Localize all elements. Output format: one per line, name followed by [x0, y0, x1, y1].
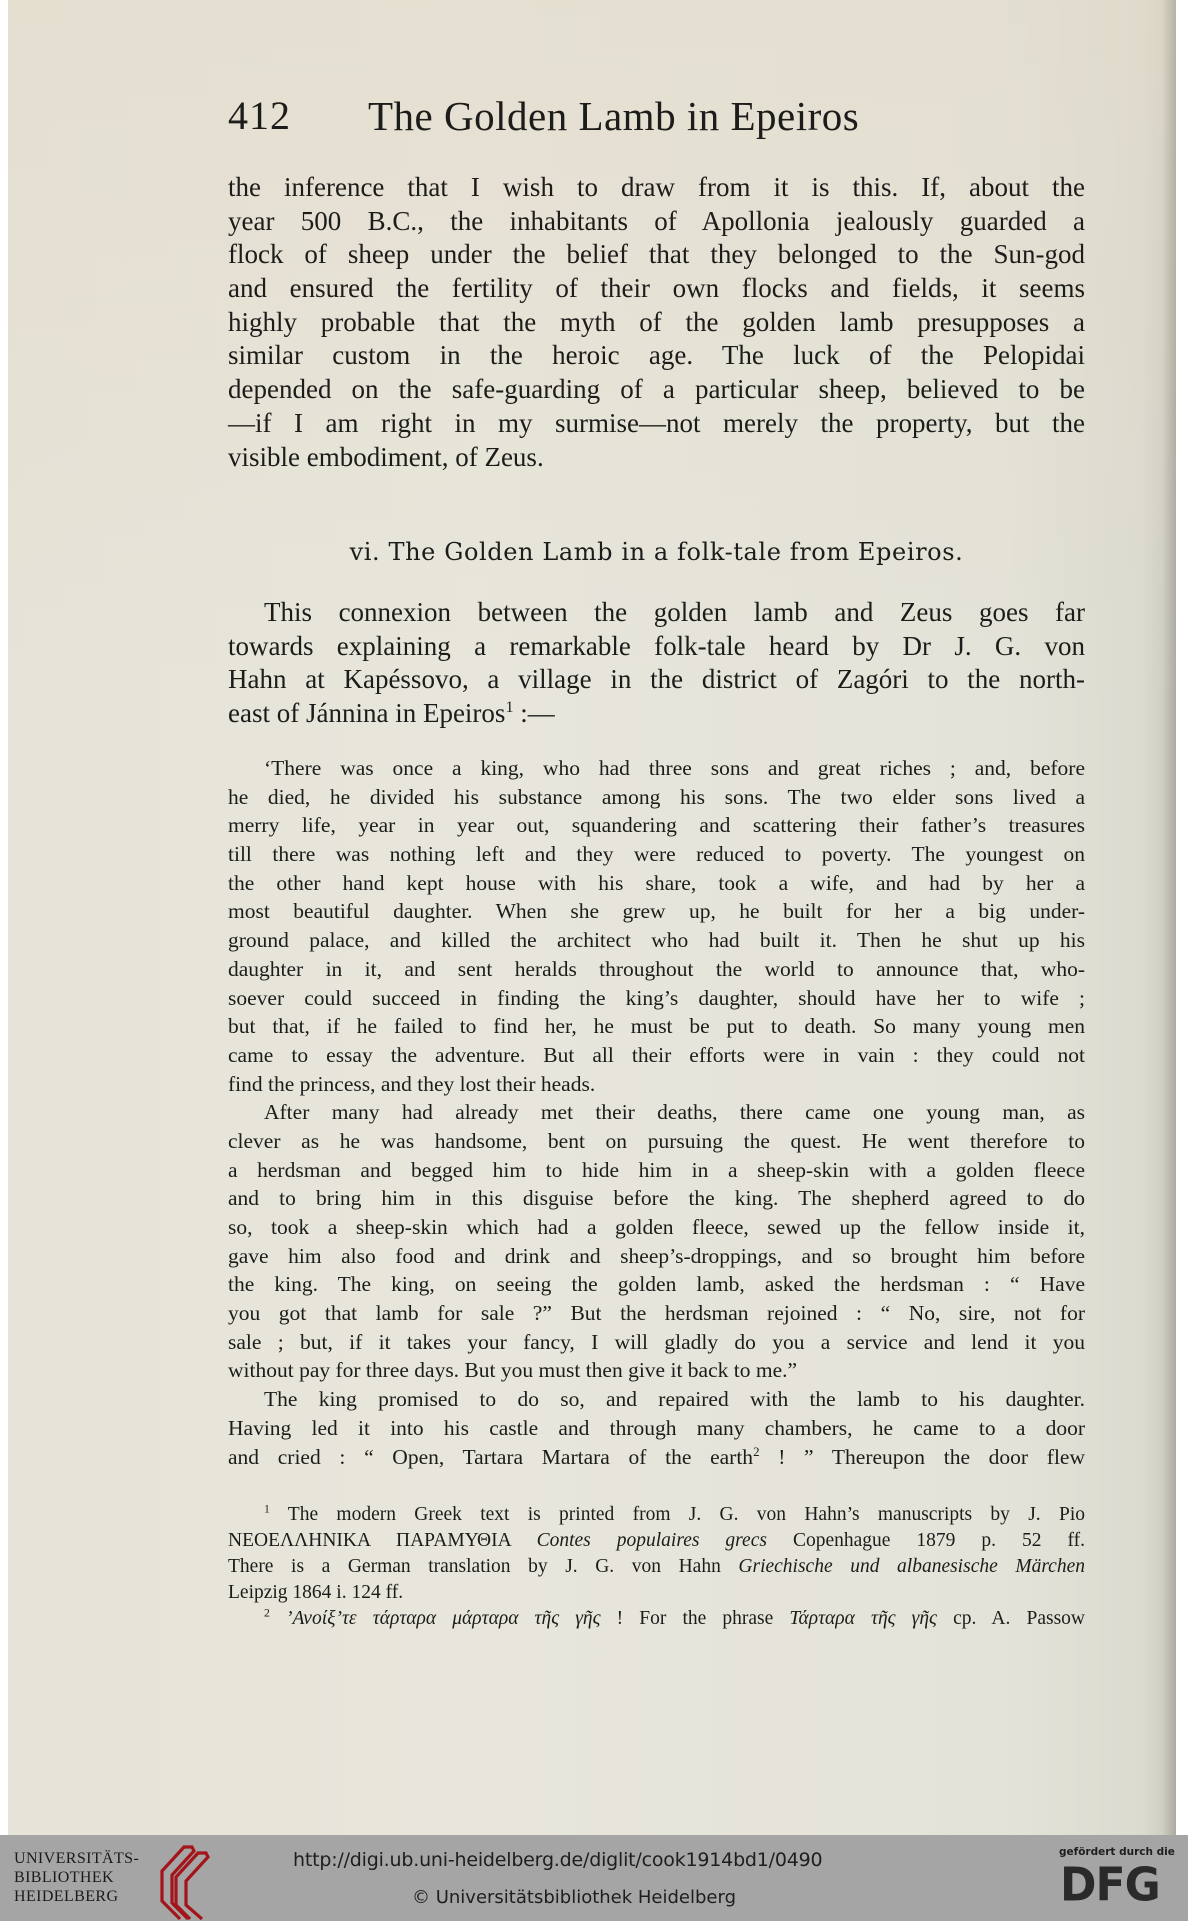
text-fragment: There is a German translation by J. G. v…: [228, 1556, 738, 1577]
quote-line: and cried : “ Open, Tartara Martara of t…: [228, 1443, 1085, 1472]
quote-line: he died, he divided his substance among …: [228, 783, 1085, 812]
greek-phrase: Τάρταρα τῆς γῆς: [789, 1608, 937, 1629]
greek-phrase: ’Ανοίξ’τε τάρταρα μάρταρα τῆς γῆς: [270, 1608, 601, 1629]
text-fragment: ΝΕΟΕΛΛΗΝΙΚΑ ΠΑΡΑΜΥΘΙΑ: [228, 1530, 537, 1551]
text-line: flock of sheep under the belief that the…: [228, 238, 1085, 272]
quote-line: gave him also food and drink and sheep’s…: [228, 1242, 1085, 1271]
footnote-1-line: ΝΕΟΕΛΛΗΝΙΚΑ ΠΑΡΑΜΥΘΙΑ Contes populaires …: [228, 1528, 1085, 1554]
library-name[interactable]: UNIVERSITÄTS- BIBLIOTHEK HEIDELBERG: [14, 1849, 139, 1906]
quote-line: merry life, year in year out, squanderin…: [228, 811, 1085, 840]
text-fragment: ! ” Thereupon the door flew: [760, 1445, 1085, 1469]
quote-line: a herdsman and begged him to hide him in…: [228, 1156, 1085, 1185]
text-line: and ensured the fertility of their own f…: [228, 272, 1085, 306]
text-fragment: ! For the phrase: [601, 1608, 790, 1629]
text-line: —if I am right in my surmise—not merely …: [228, 407, 1085, 441]
quote-line: and to bring him in this disguise before…: [228, 1184, 1085, 1213]
text-fragment: The modern Greek text is printed from J.…: [270, 1504, 1085, 1525]
text-line: This connexion between the golden lamb a…: [228, 596, 1085, 630]
paragraph-1: the inference that I wish to draw from i…: [228, 171, 1085, 474]
page-number: 412: [228, 92, 291, 139]
quote-line: daughter in it, and sent heralds through…: [228, 955, 1085, 984]
text-line: highly probable that the myth of the gol…: [228, 306, 1085, 340]
quote-line: find the princess, and they lost their h…: [228, 1070, 1085, 1099]
footnote-ref-1[interactable]: 1: [505, 698, 513, 716]
quote-line: the king. The king, on seeing the golden…: [228, 1270, 1085, 1299]
quote-line: The king promised to do so, and repaired…: [228, 1385, 1085, 1414]
dfg-logo-icon[interactable]: DFG: [1060, 1860, 1160, 1913]
quote-line: ground palace, and killed the architect …: [228, 926, 1085, 955]
text-line: east of Jánnina in Epeiros1 :—: [228, 697, 1085, 731]
quote-line: sale ; but, if it takes your fancy, I wi…: [228, 1328, 1085, 1357]
quote-line: you got that lamb for sale ?” But the he…: [228, 1299, 1085, 1328]
permalink-url[interactable]: http://digi.ub.uni-heidelberg.de/diglit/…: [293, 1849, 822, 1871]
footnote-2-line: 2 ’Ανοίξ’τε τάρταρα μάρταρα τῆς γῆς ! Fo…: [228, 1606, 1085, 1632]
quote-line: soever could succeed in finding the king…: [228, 984, 1085, 1013]
text-line: year 500 B.C., the inhabitants of Apollo…: [228, 205, 1085, 239]
quote-line: came to essay the adventure. But all the…: [228, 1041, 1085, 1070]
footnotes: 1 The modern Greek text is printed from …: [228, 1502, 1085, 1632]
quote-line: Having led it into his castle and throug…: [228, 1414, 1085, 1443]
quote-line: ‘There was once a king, who had three so…: [228, 754, 1085, 783]
text-line: depended on the safe-guarding of a parti…: [228, 373, 1085, 407]
quote-line: most beautiful daughter. When she grew u…: [228, 897, 1085, 926]
footnote-1-line: Leipzig 1864 i. 124 ff.: [228, 1580, 1085, 1606]
quotation-block: ‘There was once a king, who had three so…: [228, 754, 1085, 1471]
text-line: the inference that I wish to draw from i…: [228, 171, 1085, 205]
text-fragment: Copenhague 1879 p. 52 ff.: [767, 1530, 1085, 1551]
library-name-line: UNIVERSITÄTS-: [14, 1849, 139, 1868]
book-title: Contes populaires grecs: [537, 1530, 767, 1551]
library-banner: UNIVERSITÄTS- BIBLIOTHEK HEIDELBERG http…: [0, 1835, 1188, 1921]
copyright-notice: © Universitätsbibliothek Heidelberg: [412, 1887, 736, 1908]
text-line: similar custom in the heroic age. The lu…: [228, 339, 1085, 373]
text-line: towards explaining a remarkable folk-tal…: [228, 630, 1085, 664]
text-line: Hahn at Kapéssovo, a village in the dist…: [228, 663, 1085, 697]
quote-line: After many had already met their deaths,…: [228, 1098, 1085, 1127]
footnote-1-line: 1 The modern Greek text is printed from …: [228, 1502, 1085, 1528]
running-title: The Golden Lamb in Epeiros: [368, 92, 859, 140]
library-logo-icon[interactable]: [150, 1841, 220, 1921]
running-head: 412 The Golden Lamb in Epeiros: [0, 92, 1188, 142]
library-name-line: BIBLIOTHEK: [14, 1868, 139, 1887]
paragraph-2: This connexion between the golden lamb a…: [228, 596, 1085, 731]
quote-line: without pay for three days. But you must…: [228, 1356, 1085, 1385]
text-line: visible embodiment, of Zeus.: [228, 441, 1085, 475]
text-fragment: and cried : “ Open, Tartara Martara of t…: [228, 1445, 753, 1469]
sponsor-caption: gefördert durch die: [1059, 1846, 1175, 1858]
page-edge-shadow: [1162, 0, 1176, 1835]
quote-line: so, took a sheep-skin which had a golden…: [228, 1213, 1085, 1242]
quote-line: clever as he was handsome, bent on pursu…: [228, 1127, 1085, 1156]
book-title: Griechische und albanesische Märchen: [738, 1556, 1085, 1577]
footnote-1-line: There is a German translation by J. G. v…: [228, 1554, 1085, 1580]
text-fragment: cp. A. Passow: [937, 1608, 1085, 1629]
quote-line: but that, if he failed to find her, he m…: [228, 1012, 1085, 1041]
quote-line: the other hand kept house with his share…: [228, 869, 1085, 898]
text-fragment: :—: [514, 698, 555, 728]
section-heading: vi. The Golden Lamb in a folk-tale from …: [228, 538, 1085, 566]
library-name-line: HEIDELBERG: [14, 1887, 139, 1906]
quote-line: till there was nothing left and they wer…: [228, 840, 1085, 869]
text-fragment: east of Jánnina in Epeiros: [228, 698, 505, 728]
